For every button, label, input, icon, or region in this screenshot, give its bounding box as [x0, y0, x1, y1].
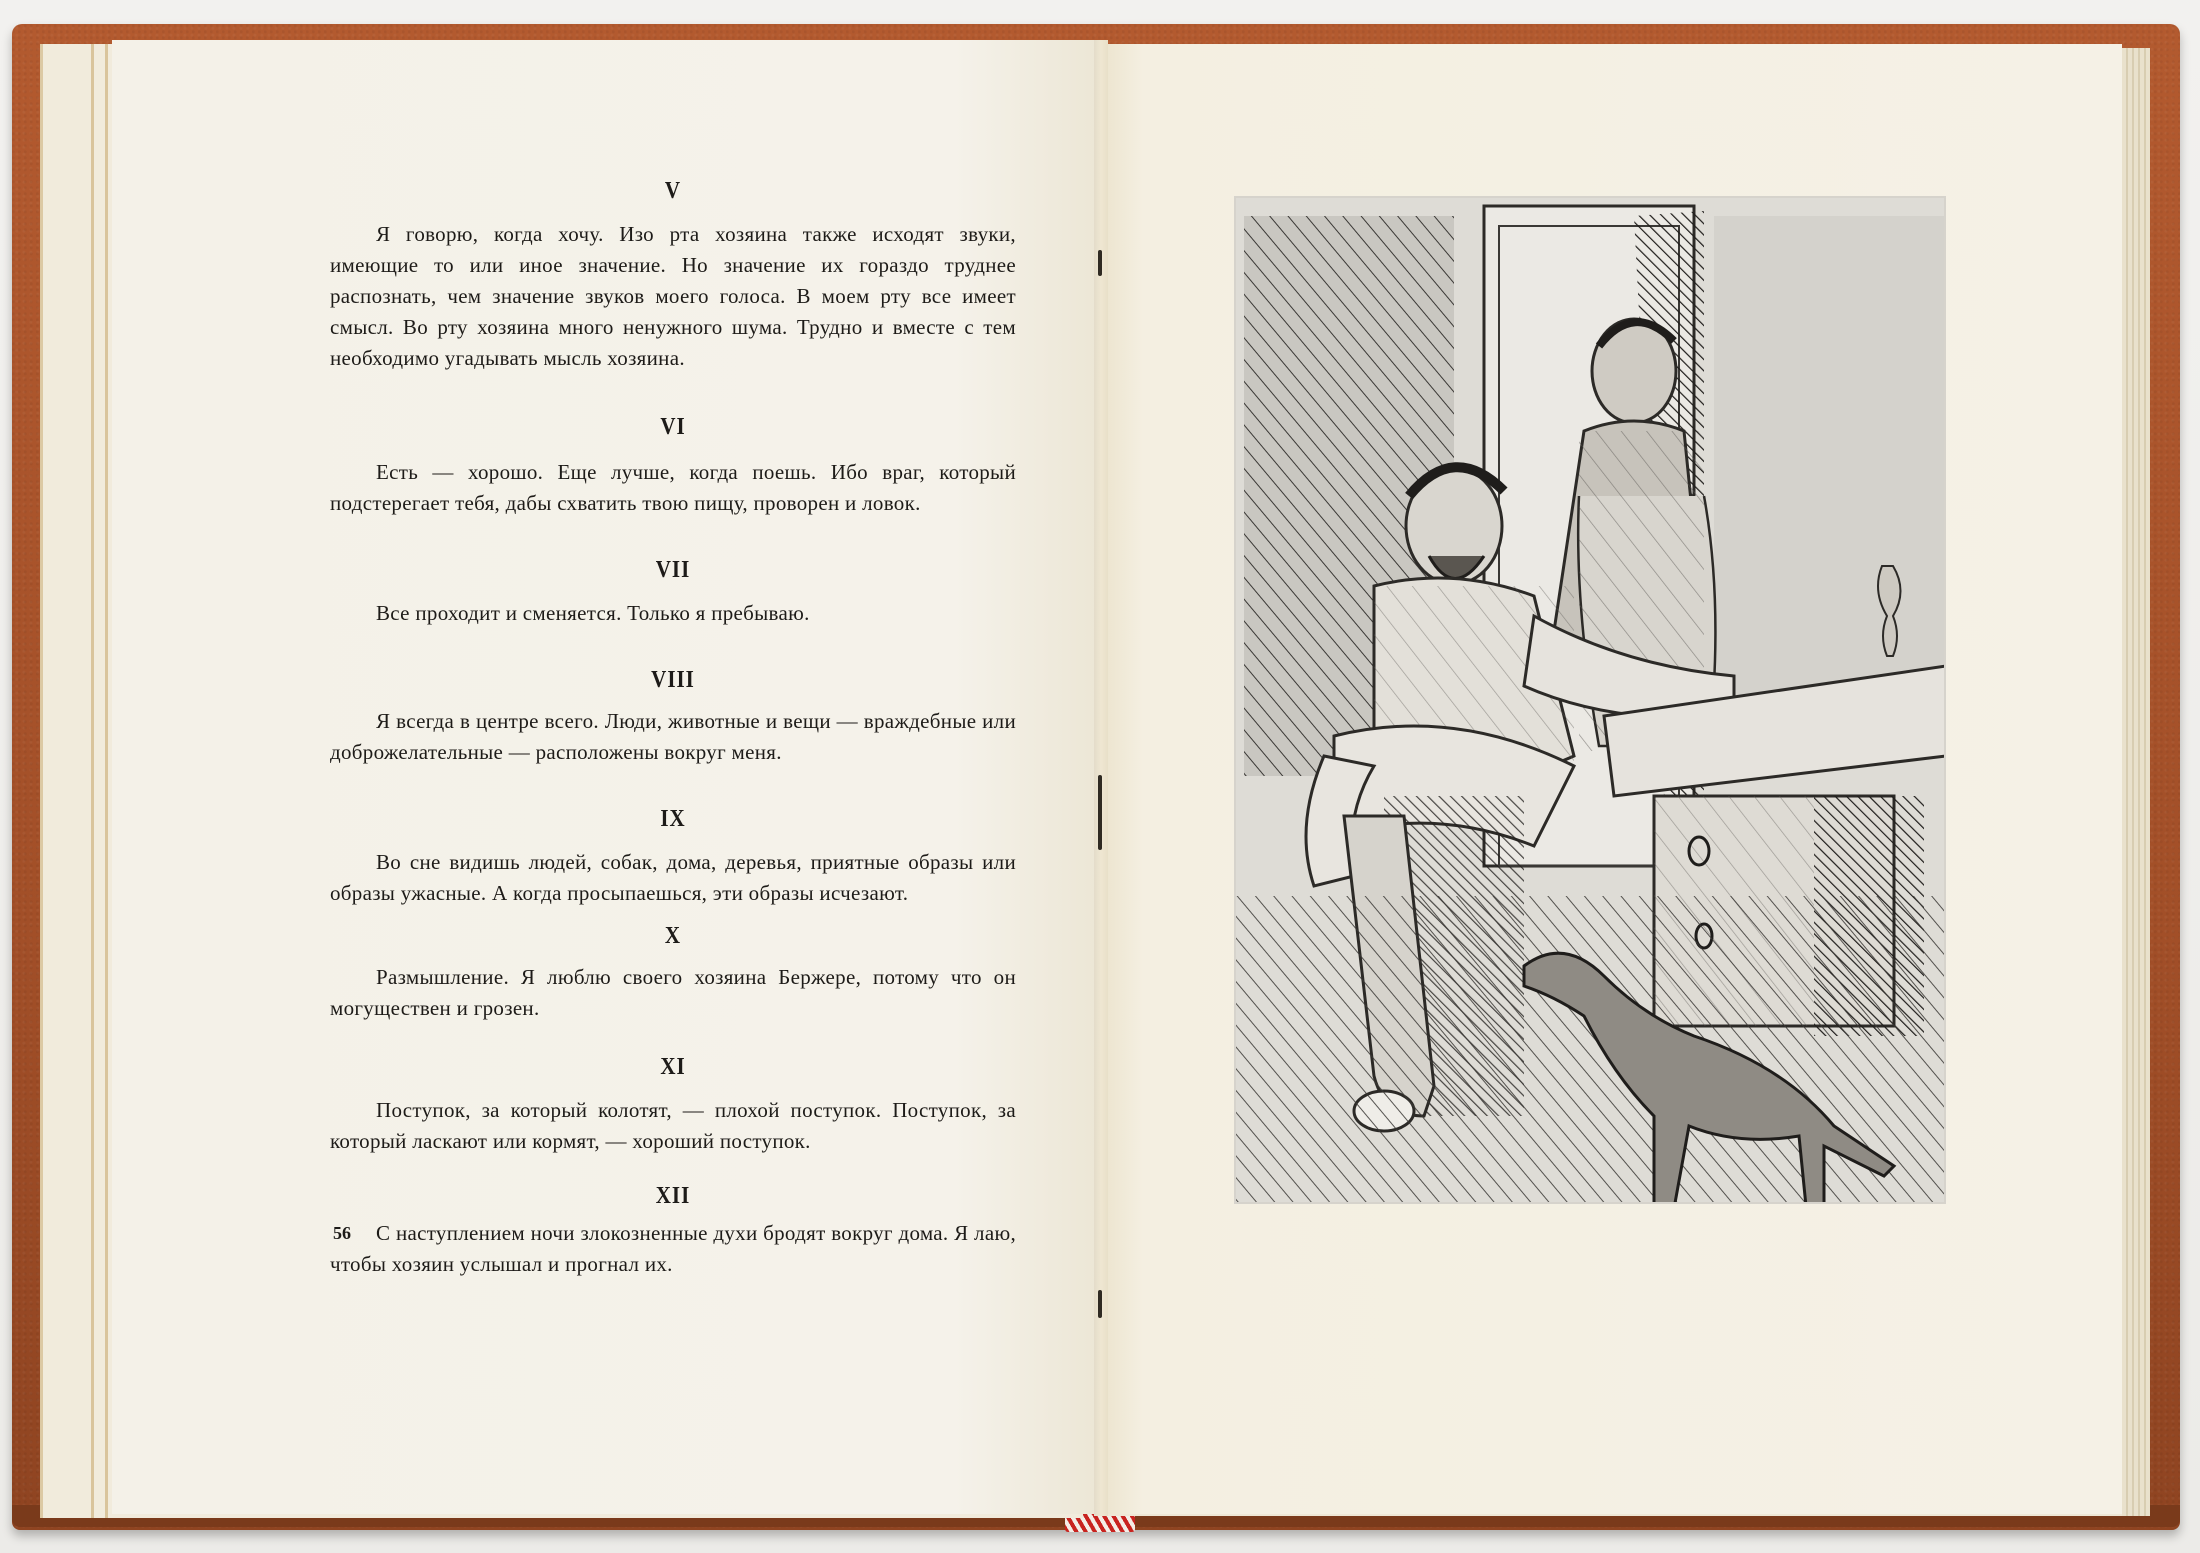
- section-paragraph: Есть — хорошо. Еще лучше, когда поешь. И…: [330, 457, 1016, 519]
- section-numeral: XII: [330, 1181, 1016, 1210]
- section-xii: XII С наступлением ночи злокозненные дух…: [330, 1183, 1016, 1280]
- ink-illustration: [1234, 196, 1946, 1204]
- section-x: X Размышление. Я люблю своего хозяина Бе…: [330, 923, 1016, 1024]
- section-numeral: VIII: [330, 665, 1016, 694]
- section-vi: VI Есть — хорошо. Еще лучше, когда поешь…: [330, 414, 1016, 519]
- section-vii: VII Все проходит и сменяется. Только я п…: [330, 557, 1016, 629]
- section-paragraph: С наступлением ночи злокозненные духи бр…: [330, 1218, 1016, 1280]
- section-numeral: XI: [330, 1052, 1016, 1081]
- page-text: V Я говорю, когда хочу. Изо рта хозяина …: [330, 178, 1016, 1280]
- section-viii: VIII Я всегда в центре всего. Люди, живо…: [330, 667, 1016, 768]
- section-numeral: IX: [330, 804, 1016, 833]
- section-numeral: V: [330, 176, 1016, 205]
- section-ix: IX Во сне видишь людей, собак, дома, дер…: [330, 806, 1016, 909]
- section-paragraph: Я всегда в центре всего. Люди, животные …: [330, 706, 1016, 768]
- section-paragraph: Все проходит и сменяется. Только я пребы…: [330, 598, 1016, 629]
- section-v: V Я говорю, когда хочу. Изо рта хозяина …: [330, 178, 1016, 374]
- section-paragraph: Размышление. Я люблю своего хозяина Берж…: [330, 962, 1016, 1024]
- section-numeral: VI: [330, 412, 1016, 441]
- section-numeral: X: [330, 921, 1016, 950]
- section-xi: XI Поступок, за который колотят, — плохо…: [330, 1054, 1016, 1157]
- binding-thread: [1098, 775, 1102, 850]
- page-number: 56: [333, 1223, 351, 1244]
- section-paragraph: Поступок, за который колотят, — плохой п…: [330, 1095, 1016, 1157]
- section-numeral: VII: [330, 555, 1016, 584]
- binding-thread: [1098, 1290, 1102, 1318]
- section-paragraph: Я говорю, когда хочу. Изо рта хозяина та…: [330, 219, 1016, 374]
- open-book-photo: V Я говорю, когда хочу. Изо рта хозяина …: [0, 0, 2200, 1553]
- binding-thread: [1098, 250, 1102, 276]
- section-paragraph: Во сне видишь людей, собак, дома, деревь…: [330, 847, 1016, 909]
